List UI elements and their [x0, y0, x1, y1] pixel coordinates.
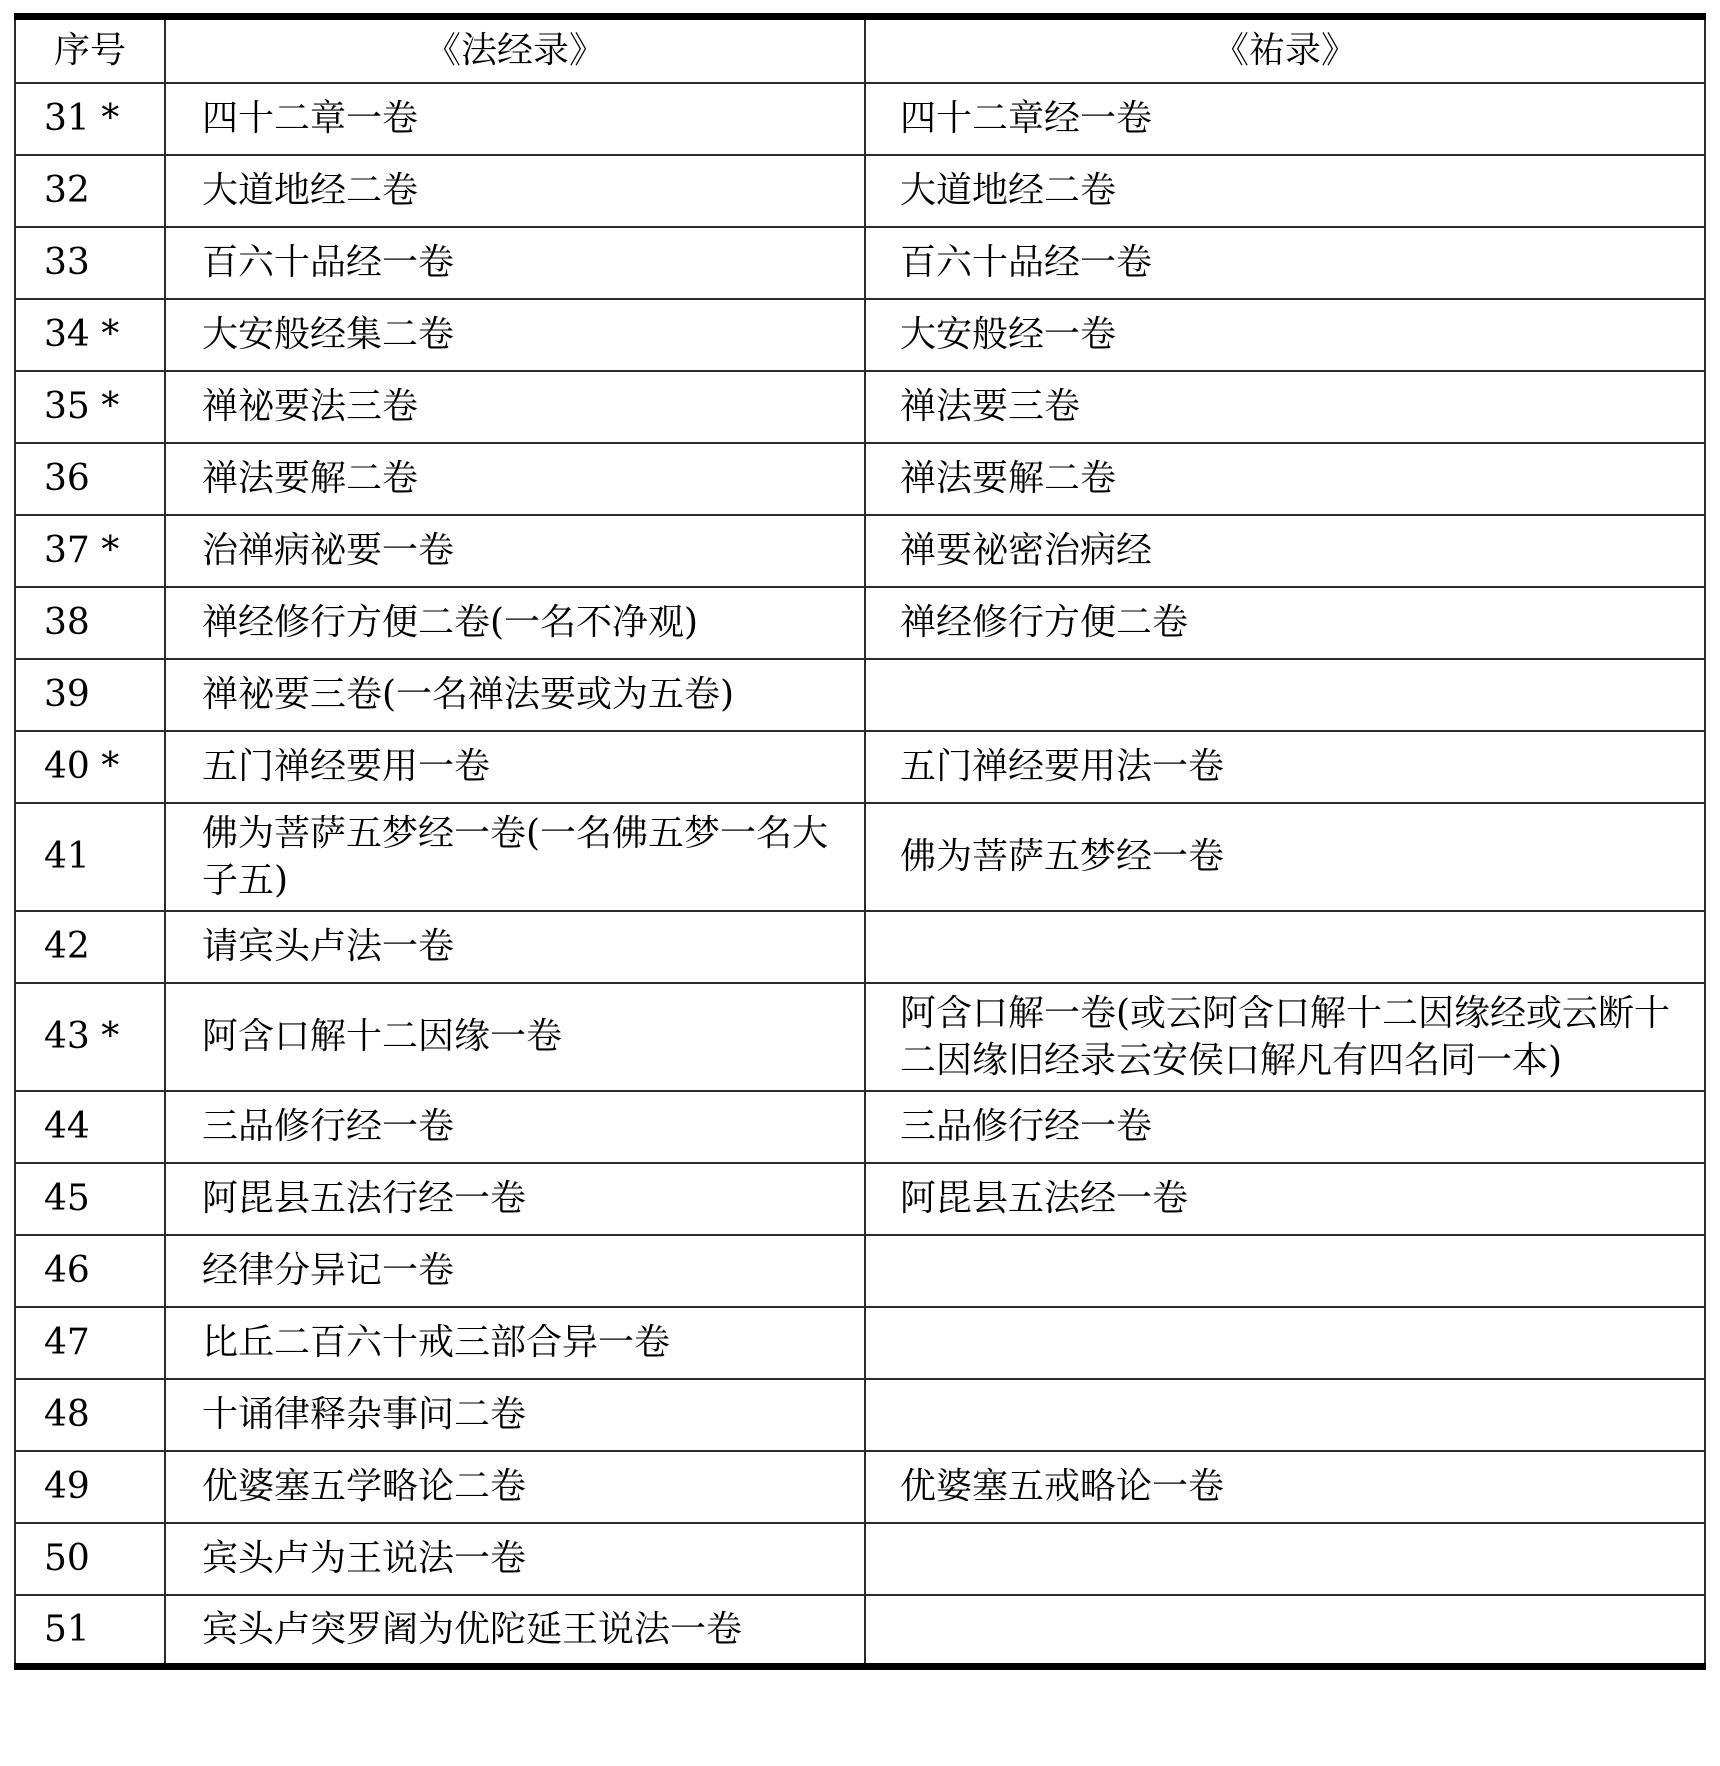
fajinglu-title-cell: 大安般经集二卷	[165, 299, 865, 371]
header-row: 序号 《法经录》 《祐录》	[15, 17, 1705, 83]
row-number-cell: 49	[15, 1451, 165, 1523]
table-header: 序号 《法经录》 《祐录》	[15, 17, 1705, 83]
table-row: 33百六十品经一卷百六十品经一卷	[15, 227, 1705, 299]
fajinglu-title-cell: 十诵律释杂事问二卷	[165, 1379, 865, 1451]
row-number-cell: 41	[15, 803, 165, 911]
table-body: 31 *四十二章一卷四十二章经一卷32大道地经二卷大道地经二卷33百六十品经一卷…	[15, 83, 1705, 1667]
youlu-title-cell	[865, 911, 1705, 983]
fajinglu-title-cell: 治禅病祕要一卷	[165, 515, 865, 587]
youlu-title-cell: 三品修行经一卷	[865, 1091, 1705, 1163]
youlu-title-cell: 阿毘县五法经一卷	[865, 1163, 1705, 1235]
table-row: 39禅祕要三卷(一名禅法要或为五卷)	[15, 659, 1705, 731]
document-page: 序号 《法经录》 《祐录》 31 *四十二章一卷四十二章经一卷32大道地经二卷大…	[0, 0, 1720, 1766]
row-number-cell: 44	[15, 1091, 165, 1163]
row-number-cell: 33	[15, 227, 165, 299]
row-number-cell: 42	[15, 911, 165, 983]
youlu-title-cell	[865, 1523, 1705, 1595]
fajinglu-title-cell: 大道地经二卷	[165, 155, 865, 227]
row-number-cell: 31 *	[15, 83, 165, 155]
fajinglu-title-cell: 禅法要解二卷	[165, 443, 865, 515]
table-row: 44三品修行经一卷三品修行经一卷	[15, 1091, 1705, 1163]
table-row: 45阿毘县五法行经一卷阿毘县五法经一卷	[15, 1163, 1705, 1235]
table-row: 51宾头卢突罗阇为优陀延王说法一卷	[15, 1595, 1705, 1667]
table-row: 41佛为菩萨五梦经一卷(一名佛五梦一名大子五)佛为菩萨五梦经一卷	[15, 803, 1705, 911]
row-number-cell: 39	[15, 659, 165, 731]
col-header-fajinglu: 《法经录》	[165, 17, 865, 83]
youlu-title-cell: 百六十品经一卷	[865, 227, 1705, 299]
youlu-title-cell: 大安般经一卷	[865, 299, 1705, 371]
youlu-title-cell: 禅法要解二卷	[865, 443, 1705, 515]
row-number-cell: 51	[15, 1595, 165, 1667]
fajinglu-title-cell: 比丘二百六十戒三部合异一卷	[165, 1307, 865, 1379]
fajinglu-title-cell: 四十二章一卷	[165, 83, 865, 155]
table-row: 37 *治禅病祕要一卷禅要祕密治病经	[15, 515, 1705, 587]
youlu-title-cell: 阿含口解一卷(或云阿含口解十二因缘经或云断十二因缘旧经录云安侯口解凡有四名同一本…	[865, 983, 1705, 1091]
row-number-cell: 40 *	[15, 731, 165, 803]
row-number-cell: 38	[15, 587, 165, 659]
youlu-title-cell: 大道地经二卷	[865, 155, 1705, 227]
youlu-title-cell	[865, 1379, 1705, 1451]
youlu-title-cell: 五门禅经要用法一卷	[865, 731, 1705, 803]
table-row: 50宾头卢为王说法一卷	[15, 1523, 1705, 1595]
youlu-title-cell: 禅要祕密治病经	[865, 515, 1705, 587]
table-row: 42请宾头卢法一卷	[15, 911, 1705, 983]
col-header-youlu: 《祐录》	[865, 17, 1705, 83]
youlu-title-cell: 四十二章经一卷	[865, 83, 1705, 155]
youlu-title-cell	[865, 1235, 1705, 1307]
fajinglu-title-cell: 优婆塞五学略论二卷	[165, 1451, 865, 1523]
row-number-cell: 35 *	[15, 371, 165, 443]
youlu-title-cell: 优婆塞五戒略论一卷	[865, 1451, 1705, 1523]
fajinglu-title-cell: 禅祕要三卷(一名禅法要或为五卷)	[165, 659, 865, 731]
fajinglu-title-cell: 佛为菩萨五梦经一卷(一名佛五梦一名大子五)	[165, 803, 865, 911]
fajinglu-title-cell: 阿含口解十二因缘一卷	[165, 983, 865, 1091]
table-row: 36禅法要解二卷禅法要解二卷	[15, 443, 1705, 515]
table-row: 31 *四十二章一卷四十二章经一卷	[15, 83, 1705, 155]
row-number-cell: 34 *	[15, 299, 165, 371]
fajinglu-title-cell: 阿毘县五法行经一卷	[165, 1163, 865, 1235]
fajinglu-title-cell: 五门禅经要用一卷	[165, 731, 865, 803]
table-row: 43 *阿含口解十二因缘一卷阿含口解一卷(或云阿含口解十二因缘经或云断十二因缘旧…	[15, 983, 1705, 1091]
fajinglu-title-cell: 宾头卢为王说法一卷	[165, 1523, 865, 1595]
youlu-title-cell: 禅经修行方便二卷	[865, 587, 1705, 659]
fajinglu-title-cell: 经律分异记一卷	[165, 1235, 865, 1307]
table-row: 49优婆塞五学略论二卷优婆塞五戒略论一卷	[15, 1451, 1705, 1523]
fajinglu-title-cell: 百六十品经一卷	[165, 227, 865, 299]
fajinglu-title-cell: 禅经修行方便二卷(一名不净观)	[165, 587, 865, 659]
row-number-cell: 48	[15, 1379, 165, 1451]
fajinglu-title-cell: 请宾头卢法一卷	[165, 911, 865, 983]
catalog-comparison-table: 序号 《法经录》 《祐录》 31 *四十二章一卷四十二章经一卷32大道地经二卷大…	[14, 13, 1706, 1670]
row-number-cell: 46	[15, 1235, 165, 1307]
row-number-cell: 36	[15, 443, 165, 515]
col-header-number: 序号	[15, 17, 165, 83]
youlu-title-cell	[865, 659, 1705, 731]
table-row: 35 *禅祕要法三卷禅法要三卷	[15, 371, 1705, 443]
fajinglu-title-cell: 禅祕要法三卷	[165, 371, 865, 443]
row-number-cell: 37 *	[15, 515, 165, 587]
row-number-cell: 45	[15, 1163, 165, 1235]
row-number-cell: 32	[15, 155, 165, 227]
table-row: 34 *大安般经集二卷大安般经一卷	[15, 299, 1705, 371]
row-number-cell: 47	[15, 1307, 165, 1379]
youlu-title-cell	[865, 1595, 1705, 1667]
youlu-title-cell: 禅法要三卷	[865, 371, 1705, 443]
table-row: 32大道地经二卷大道地经二卷	[15, 155, 1705, 227]
row-number-cell: 43 *	[15, 983, 165, 1091]
fajinglu-title-cell: 三品修行经一卷	[165, 1091, 865, 1163]
table-row: 40 *五门禅经要用一卷五门禅经要用法一卷	[15, 731, 1705, 803]
table-row: 48十诵律释杂事问二卷	[15, 1379, 1705, 1451]
row-number-cell: 50	[15, 1523, 165, 1595]
table-row: 47比丘二百六十戒三部合异一卷	[15, 1307, 1705, 1379]
youlu-title-cell: 佛为菩萨五梦经一卷	[865, 803, 1705, 911]
fajinglu-title-cell: 宾头卢突罗阇为优陀延王说法一卷	[165, 1595, 865, 1667]
youlu-title-cell	[865, 1307, 1705, 1379]
table-row: 46经律分异记一卷	[15, 1235, 1705, 1307]
table-row: 38禅经修行方便二卷(一名不净观)禅经修行方便二卷	[15, 587, 1705, 659]
